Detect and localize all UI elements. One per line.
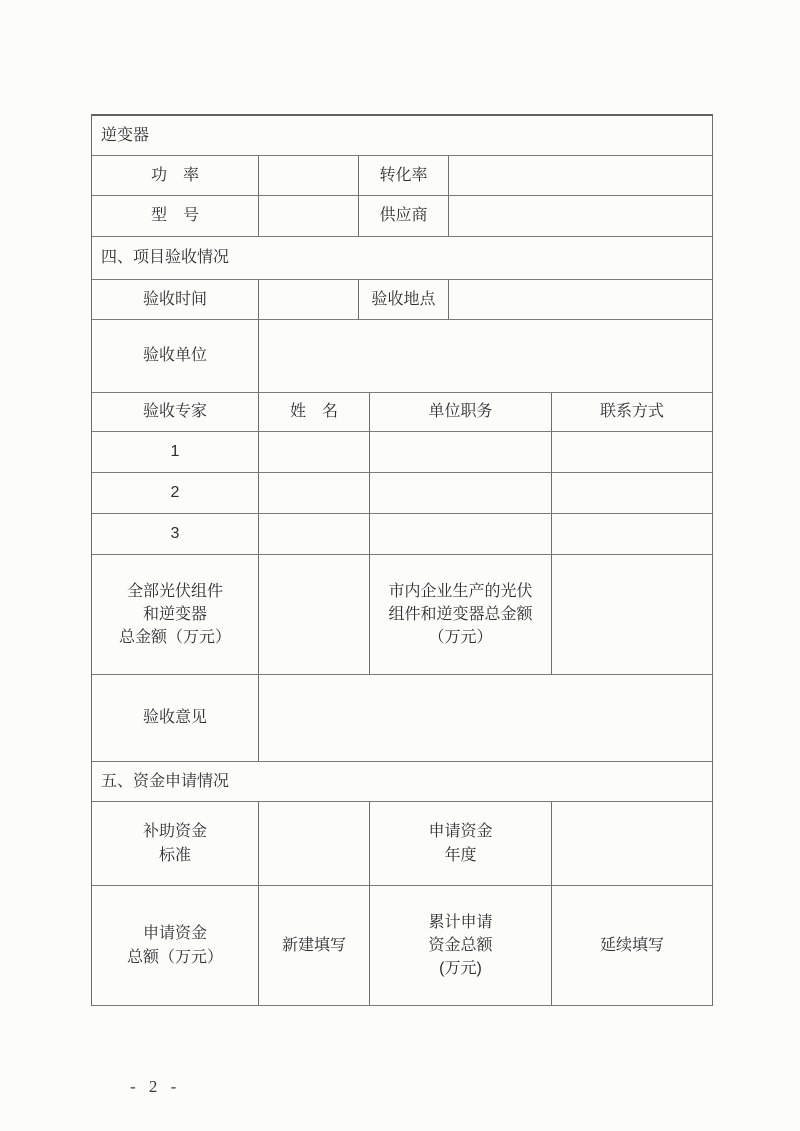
- expert-position-cell: [370, 432, 552, 473]
- acceptance-unit-label: 验收单位: [92, 320, 259, 393]
- conversion-rate-value-cell: [449, 156, 713, 196]
- expert-row-number: 2: [92, 473, 259, 514]
- local-amount-value-cell: [552, 555, 713, 675]
- supplier-value-cell: [449, 196, 713, 237]
- power-value-cell: [259, 156, 359, 196]
- expert-row-number: 3: [92, 514, 259, 555]
- conversion-rate-label: 转化率: [359, 156, 449, 196]
- acceptance-time-value-cell: [259, 280, 359, 320]
- section-title-inverter: 逆变器: [92, 116, 713, 156]
- page-number: - 2 -: [130, 1077, 178, 1097]
- apply-year-label: 申请资金 年度: [370, 802, 552, 886]
- expert-position-cell: [370, 473, 552, 514]
- expert-contact-cell: [552, 473, 713, 514]
- expert-name-cell: [259, 432, 370, 473]
- expert-position-header: 单位职务: [370, 393, 552, 432]
- acceptance-opinion-value-cell: [259, 675, 713, 762]
- expert-row-number: 1: [92, 432, 259, 473]
- new-project-note: 新建填写: [259, 886, 370, 1006]
- acceptance-unit-value-cell: [259, 320, 713, 393]
- model-label: 型 号: [92, 196, 259, 237]
- experts-group-header: 验收专家: [92, 393, 259, 432]
- cumulative-total-label: 累计申请 资金总额 (万元): [370, 886, 552, 1006]
- continuation-note: 延续填写: [552, 886, 713, 1006]
- apply-total-label: 申请资金 总额（万元）: [92, 886, 259, 1006]
- acceptance-location-label: 验收地点: [359, 280, 449, 320]
- expert-name-header: 姓 名: [259, 393, 370, 432]
- application-form-table: 逆变器 功 率 转化率 型 号 供应商 四、项目验收情况 验收时间 验收地点 验…: [91, 114, 713, 1006]
- power-label: 功 率: [92, 156, 259, 196]
- model-value-cell: [259, 196, 359, 237]
- local-amount-label: 市内企业生产的光伏 组件和逆变器总金额 （万元）: [370, 555, 552, 675]
- total-amount-value-cell: [259, 555, 370, 675]
- expert-contact-cell: [552, 514, 713, 555]
- expert-position-cell: [370, 514, 552, 555]
- expert-contact-cell: [552, 432, 713, 473]
- apply-year-value-cell: [552, 802, 713, 886]
- expert-contact-header: 联系方式: [552, 393, 713, 432]
- acceptance-opinion-label: 验收意见: [92, 675, 259, 762]
- subsidy-standard-value-cell: [259, 802, 370, 886]
- expert-name-cell: [259, 514, 370, 555]
- expert-name-cell: [259, 473, 370, 514]
- acceptance-time-label: 验收时间: [92, 280, 259, 320]
- section-title-acceptance: 四、项目验收情况: [92, 237, 713, 280]
- total-amount-label: 全部光伏组件 和逆变器 总金额（万元）: [92, 555, 259, 675]
- document-page: 逆变器 功 率 转化率 型 号 供应商 四、项目验收情况 验收时间 验收地点 验…: [0, 0, 800, 1131]
- supplier-label: 供应商: [359, 196, 449, 237]
- section-title-funding: 五、资金申请情况: [92, 762, 713, 802]
- acceptance-location-value-cell: [449, 280, 713, 320]
- subsidy-standard-label: 补助资金 标准: [92, 802, 259, 886]
